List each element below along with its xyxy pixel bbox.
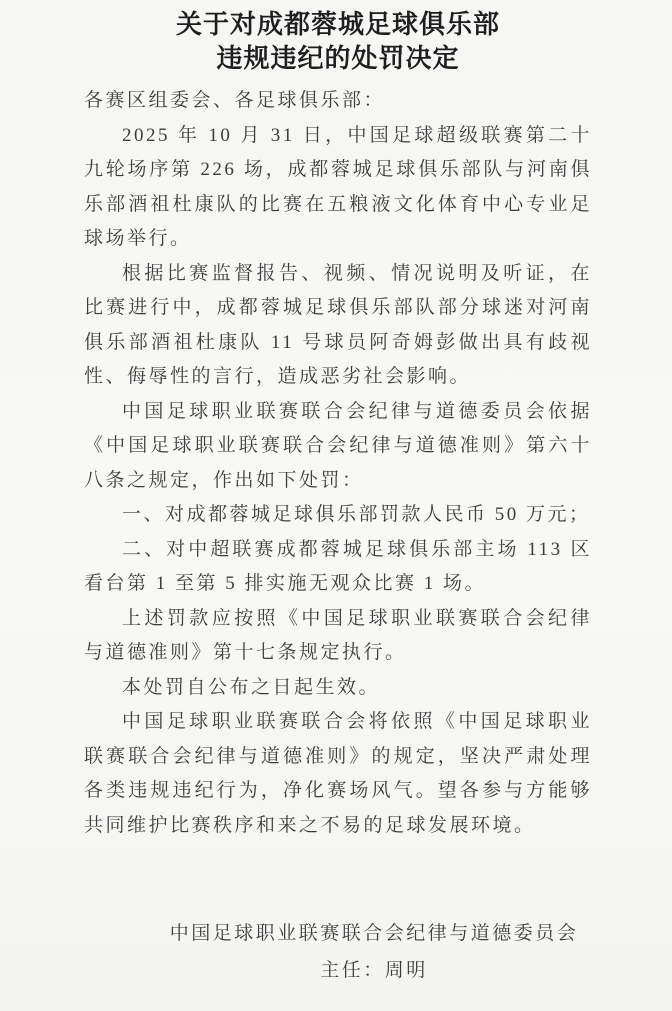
paragraph-closing-statement: 中国足球职业联赛联合会将依照《中国足球职业联赛联合会纪律与道德准则》的规定，坚决… — [84, 705, 592, 843]
signature-director: 主任：周明 — [38, 952, 672, 989]
paragraph-effective-date: 本处罚自公布之日起生效。 — [84, 671, 592, 706]
document-title: 关于对成都蓉城足球俱乐部 违规违纪的处罚决定 — [84, 8, 592, 76]
document-title-line2: 违规违纪的处罚决定 — [84, 42, 592, 76]
salutation-line: 各赛区组委会、各足球俱乐部： — [84, 84, 592, 119]
signature-organization: 中国足球职业联赛联合会纪律与道德委员会 — [38, 915, 672, 952]
penalty-item-1: 一、对成都蓉城足球俱乐部罚款人民币 50 万元； — [84, 498, 592, 533]
paragraph-fine-execution: 上述罚款应按照《中国足球职业联赛联合会纪律与道德准则》第十七条规定执行。 — [84, 602, 592, 671]
document-page: 关于对成都蓉城足球俱乐部 违规违纪的处罚决定 各赛区组委会、各足球俱乐部： 20… — [0, 0, 672, 1011]
penalty-item-2: 二、对中超联赛成都蓉城足球俱乐部主场 113 区看台第 1 至第 5 排实施无观… — [84, 533, 592, 602]
paragraph-legal-basis: 中国足球职业联赛联合会纪律与道德委员会依据《中国足球职业联赛联合会纪律与道德准则… — [84, 395, 592, 499]
paragraph-match-info: 2025 年 10 月 31 日，中国足球超级联赛第二十九轮场序第 226 场，… — [84, 119, 592, 257]
signature-block: 中国足球职业联赛联合会纪律与道德委员会 主任：周明 — [38, 915, 672, 989]
paragraph-incident: 根据比赛监督报告、视频、情况说明及听证，在比赛进行中，成都蓉城足球俱乐部队部分球… — [84, 257, 592, 395]
document-body: 各赛区组委会、各足球俱乐部： 2025 年 10 月 31 日，中国足球超级联赛… — [84, 84, 592, 843]
document-title-line1: 关于对成都蓉城足球俱乐部 — [84, 8, 592, 42]
